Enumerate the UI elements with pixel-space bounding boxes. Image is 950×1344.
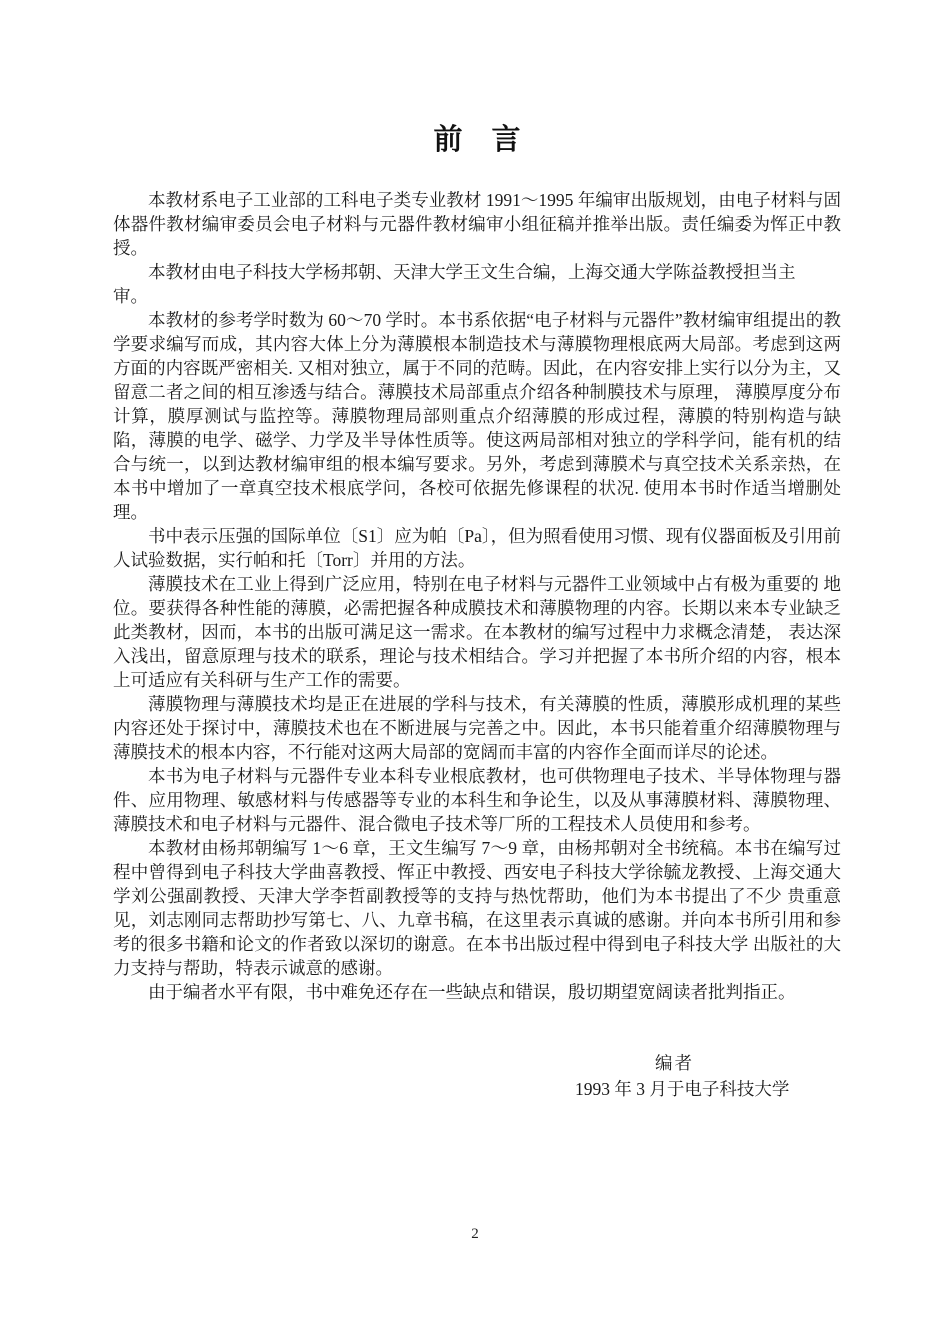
paragraph: 由于编者水平有限，书中难免还存在一些缺点和错误，殷切期望宽阔读者批判指正。 (113, 980, 841, 1004)
paragraph: 薄膜物理与薄膜技术均是正在进展的学科与技术，有关薄膜的性质，薄膜形成机理的某些内… (113, 692, 841, 764)
paragraph: 本教材的参考学时数为 60～70 学时。本书系依据“电子材料与元器件”教材编审组… (113, 308, 841, 524)
page-title: 前 言 (113, 122, 841, 158)
paragraph: 本教材由杨邦朝编写 1～6 章，王文生编写 7～9 章，由杨邦朝对全书统稿。本书… (113, 836, 841, 980)
paragraph: 书中表示压强的国际单位〔S1〕应为帕〔Pa〕，但为照看使用习惯、现有仪器面板及引… (113, 524, 841, 572)
paragraph: 本教材由电子科技大学杨邦朝、天津大学王文生合编，上海交通大学陈益教授担当主 审。 (113, 260, 841, 308)
page-number: 2 (0, 1226, 950, 1243)
paragraph: 本书为电子材料与元器件专业本科专业根底教材，也可供物理电子技术、半导体物理与器件… (113, 764, 841, 836)
document-page: 前 言 本教材系电子工业部的工科电子类专业教材 1991～1995 年编审出版规… (0, 0, 950, 1344)
paragraph: 薄膜技术在工业上得到广泛应用，特别在电子材料与元器件工业领域中占有极为重要的 地… (113, 572, 841, 692)
signature-author: 编者 (655, 1050, 841, 1076)
paragraph: 本教材系电子工业部的工科电子类专业教材 1991～1995 年编审出版规划，由电… (113, 188, 841, 260)
signature-block: 编者 1993 年 3 月于电子科技大学 (113, 1050, 841, 1102)
signature-date: 1993 年 3 月于电子科技大学 (575, 1076, 841, 1102)
preface-body: 本教材系电子工业部的工科电子类专业教材 1991～1995 年编审出版规划，由电… (113, 188, 841, 1004)
